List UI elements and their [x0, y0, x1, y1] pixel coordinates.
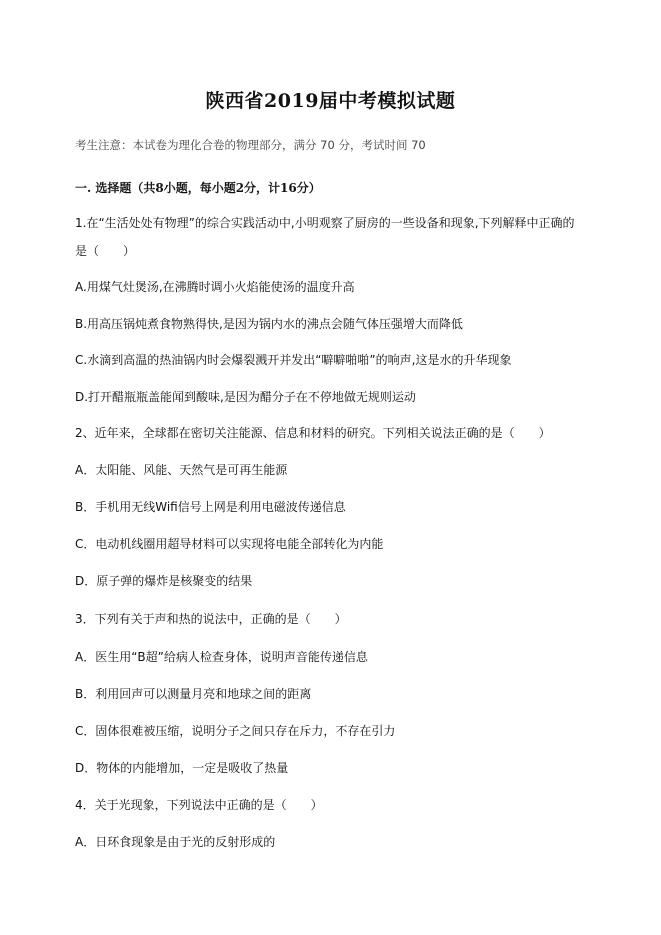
question-3-option-d: D．物体的内能增加，一定是吸收了热量 [75, 759, 288, 776]
question-1-option-c: C.水滴到高温的热油锅内时会爆裂溅开并发出“噼噼啪啪”的响声,这是水的升华现象 [75, 351, 511, 368]
question-4-option-a: A．日环食现象是由于光的反射形成的 [75, 833, 275, 850]
exam-notice: 考生注意：本试卷为理化合卷的物理部分，满分 70 分，考试时间 70 [75, 137, 426, 153]
question-2-stem: 2、近年来，全球都在密切关注能源、信息和材料的研究。下列相关说法正确的是（ ） [75, 424, 551, 441]
page-title: 陕西省2019届中考模拟试题 [0, 86, 661, 113]
question-1-option-a: A.用煤气灶煲汤,在沸腾时调小火焰能使汤的温度升高 [75, 278, 355, 295]
question-2-option-d: D．原子弹的爆炸是核聚变的结果 [75, 572, 252, 589]
question-2-option-c: C．电动机线圈用超导材料可以实现将电能全部转化为内能 [75, 535, 383, 552]
question-2-option-b: B．手机用无线Wifi信号上网是利用电磁波传递信息 [75, 498, 346, 515]
question-3-option-c: C．固体很难被压缩，说明分子之间只存在斥力，不存在引力 [75, 722, 395, 739]
question-3-stem: 3．下列有关于声和热的说法中，正确的是（ ） [75, 610, 347, 627]
question-1-option-d: D.打开醋瓶瓶盖能闻到酸味,是因为醋分子在不停地做无规则运动 [75, 388, 416, 405]
question-1-stem: 1.在“生活处处有物理”的综合实践活动中,小明观察了厨房的一些设备和现象,下列解… [75, 214, 575, 231]
exam-page: 陕西省2019届中考模拟试题 考生注意：本试卷为理化合卷的物理部分，满分 70 … [0, 0, 661, 935]
question-3-option-a: A．医生用“B超”给病人检查身体，说明声音能传递信息 [75, 648, 368, 665]
section-heading: 一. 选择题（共8小题，每小题2分，计16分） [75, 179, 321, 196]
question-3-option-b: B．利用回声可以测量月亮和地球之间的距离 [75, 685, 311, 702]
question-4-stem: 4．关于光现象，下列说法中正确的是（ ） [75, 796, 323, 813]
question-2-option-a: A．太阳能、风能、天然气是可再生能源 [75, 461, 287, 478]
question-1-stem-cont: 是（ ） [75, 242, 135, 259]
question-1-option-b: B.用高压锅炖煮食物熟得快,是因为锅内水的沸点会随气体压强增大而降低 [75, 315, 463, 332]
